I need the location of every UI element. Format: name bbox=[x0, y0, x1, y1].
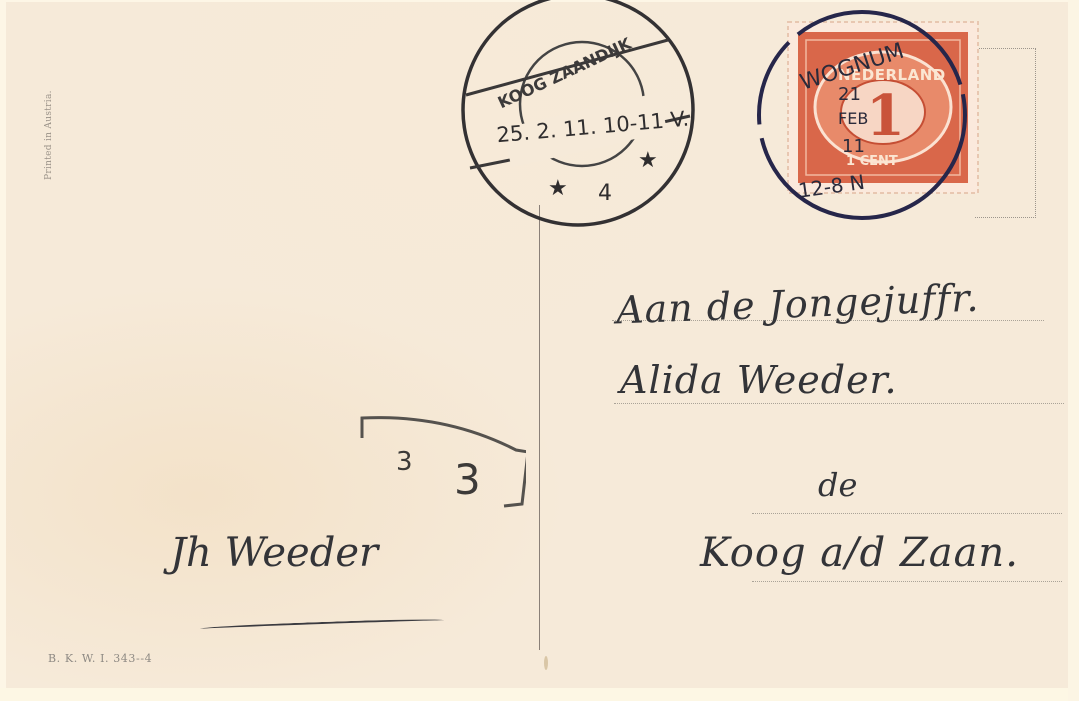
stamp-value: 1 bbox=[866, 83, 905, 149]
sender-signature: Jh Weeder bbox=[170, 530, 378, 576]
paper-blemish bbox=[544, 656, 548, 670]
nederland-1-cent-stamp: NEDERLAND 1 1 CENT bbox=[786, 20, 980, 195]
address-line-2: Alida Weeder. bbox=[620, 358, 898, 402]
scan-margin-right bbox=[1068, 0, 1079, 701]
boxed-number-mark: 3 3 bbox=[356, 410, 526, 508]
printed-in-austria-note: Printed in Austria. bbox=[44, 90, 54, 180]
address-line-2-rule bbox=[614, 403, 1064, 404]
stamp-denomination: 1 CENT bbox=[846, 154, 898, 169]
publisher-code: B. K. W. I. 343--4 bbox=[48, 652, 152, 665]
stamp-placement-box bbox=[975, 48, 1036, 218]
address-line-4: Koog a/d Zaan. bbox=[700, 530, 1019, 576]
scan-margin-bottom bbox=[0, 688, 1079, 701]
center-divider-line bbox=[539, 205, 540, 650]
stamp-country: NEDERLAND bbox=[838, 66, 946, 84]
box-number-right: 3 bbox=[454, 455, 481, 504]
address-line-4-rule bbox=[752, 581, 1062, 582]
box-number-left: 3 bbox=[396, 447, 413, 477]
address-line-3: de bbox=[818, 466, 857, 504]
address-line-3-rule bbox=[752, 513, 1062, 514]
